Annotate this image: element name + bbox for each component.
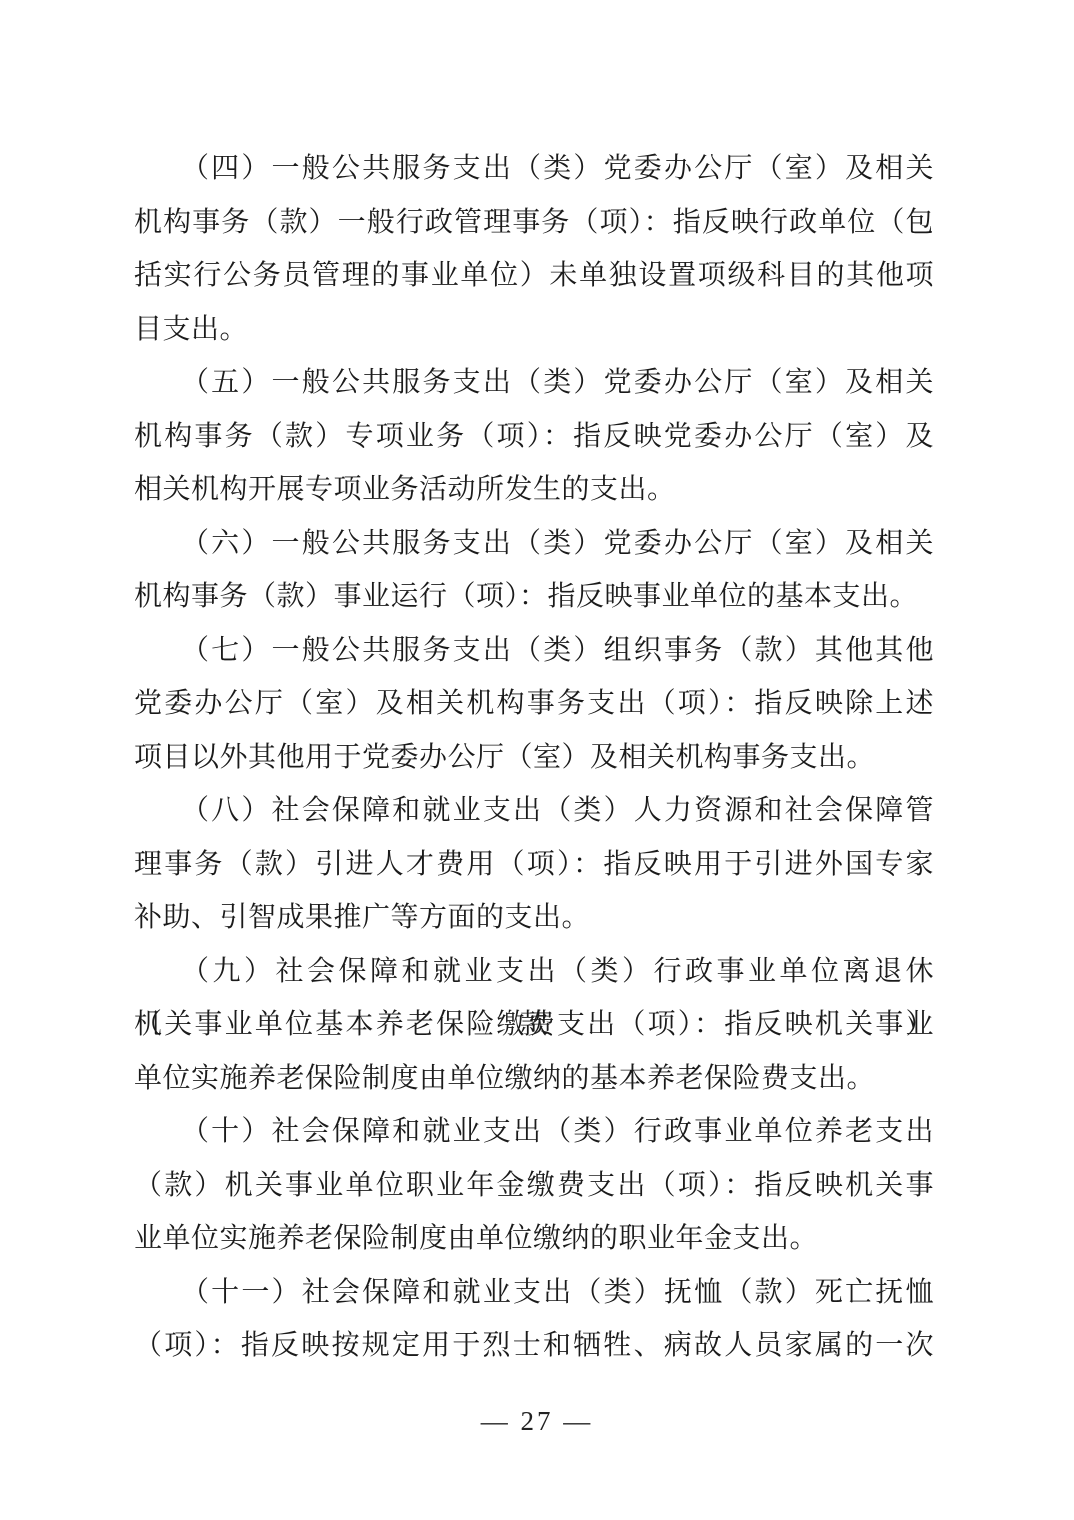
para-4-line-2: 机构事务（款）一般行政管理事务（项）：指反映行政单位（包 [134,196,934,250]
para-8-line-2: 理事务（款）引进人才费用（项）：指反映用于引进外国专家 [134,838,934,892]
para-7-line-1: （七）一般公共服务支出（类）组织事务（款）其他其他 [134,624,934,678]
paragraph-item-9: （九）社会保障和就业支出（类）行政事业单位离退休（款） 机关事业单位基本养老保险… [134,945,934,1106]
para-7-line-2: 党委办公厅（室）及相关机构事务支出（项）：指反映除上述 [134,677,934,731]
document-body: （四）一般公共服务支出（类）党委办公厅（室）及相关 机构事务（款）一般行政管理事… [134,142,934,1373]
para-6-line-1: （六）一般公共服务支出（类）党委办公厅（室）及相关 [134,517,934,571]
paragraph-item-7: （七）一般公共服务支出（类）组织事务（款）其他其他 党委办公厅（室）及相关机构事… [134,624,934,785]
para-5-line-1: （五）一般公共服务支出（类）党委办公厅（室）及相关 [134,356,934,410]
para-4-line-3: 括实行公务员管理的事业单位）未单独设置项级科目的其他项 [134,249,934,303]
para-5-line-3: 相关机构开展专项业务活动所发生的支出。 [134,463,934,517]
para-10-line-1: （十）社会保障和就业支出（类）行政事业单位养老支出 [134,1105,934,1159]
paragraph-item-11: （十一）社会保障和就业支出（类）抚恤（款）死亡抚恤 （项）：指反映按规定用于烈士… [134,1266,934,1373]
para-6-line-2: 机构事务（款）事业运行（项）：指反映事业单位的基本支出。 [134,570,934,624]
page-footer: — 27 — [0,1406,1074,1437]
paragraph-item-6: （六）一般公共服务支出（类）党委办公厅（室）及相关 机构事务（款）事业运行（项）… [134,517,934,624]
para-10-line-3: 业单位实施养老保险制度由单位缴纳的职业年金支出。 [134,1212,934,1266]
para-11-line-2: （项）：指反映按规定用于烈士和牺牲、病故人员家属的一次 [134,1319,934,1373]
paragraph-item-8: （八）社会保障和就业支出（类）人力资源和社会保障管 理事务（款）引进人才费用（项… [134,784,934,945]
para-11-line-1: （十一）社会保障和就业支出（类）抚恤（款）死亡抚恤 [134,1266,934,1320]
page-number: — 27 — [481,1406,594,1436]
para-8-line-3: 补助、引智成果推广等方面的支出。 [134,891,934,945]
para-9-line-2: 机关事业单位基本养老保险缴费支出（项）：指反映机关事业 [134,998,934,1052]
para-8-line-1: （八）社会保障和就业支出（类）人力资源和社会保障管 [134,784,934,838]
paragraph-item-5: （五）一般公共服务支出（类）党委办公厅（室）及相关 机构事务（款）专项业务（项）… [134,356,934,517]
para-5-line-2: 机构事务（款）专项业务（项）：指反映党委办公厅（室）及 [134,410,934,464]
document-page: （四）一般公共服务支出（类）党委办公厅（室）及相关 机构事务（款）一般行政管理事… [0,0,1074,1520]
para-9-line-1: （九）社会保障和就业支出（类）行政事业单位离退休（款） [134,945,934,999]
para-4-line-1: （四）一般公共服务支出（类）党委办公厅（室）及相关 [134,142,934,196]
paragraph-item-10: （十）社会保障和就业支出（类）行政事业单位养老支出 （款）机关事业单位职业年金缴… [134,1105,934,1266]
para-4-line-4: 目支出。 [134,303,934,357]
para-10-line-2: （款）机关事业单位职业年金缴费支出（项）：指反映机关事 [134,1159,934,1213]
para-7-line-3: 项目以外其他用于党委办公厅（室）及相关机构事务支出。 [134,731,934,785]
paragraph-item-4: （四）一般公共服务支出（类）党委办公厅（室）及相关 机构事务（款）一般行政管理事… [134,142,934,356]
para-9-line-3: 单位实施养老保险制度由单位缴纳的基本养老保险费支出。 [134,1052,934,1106]
